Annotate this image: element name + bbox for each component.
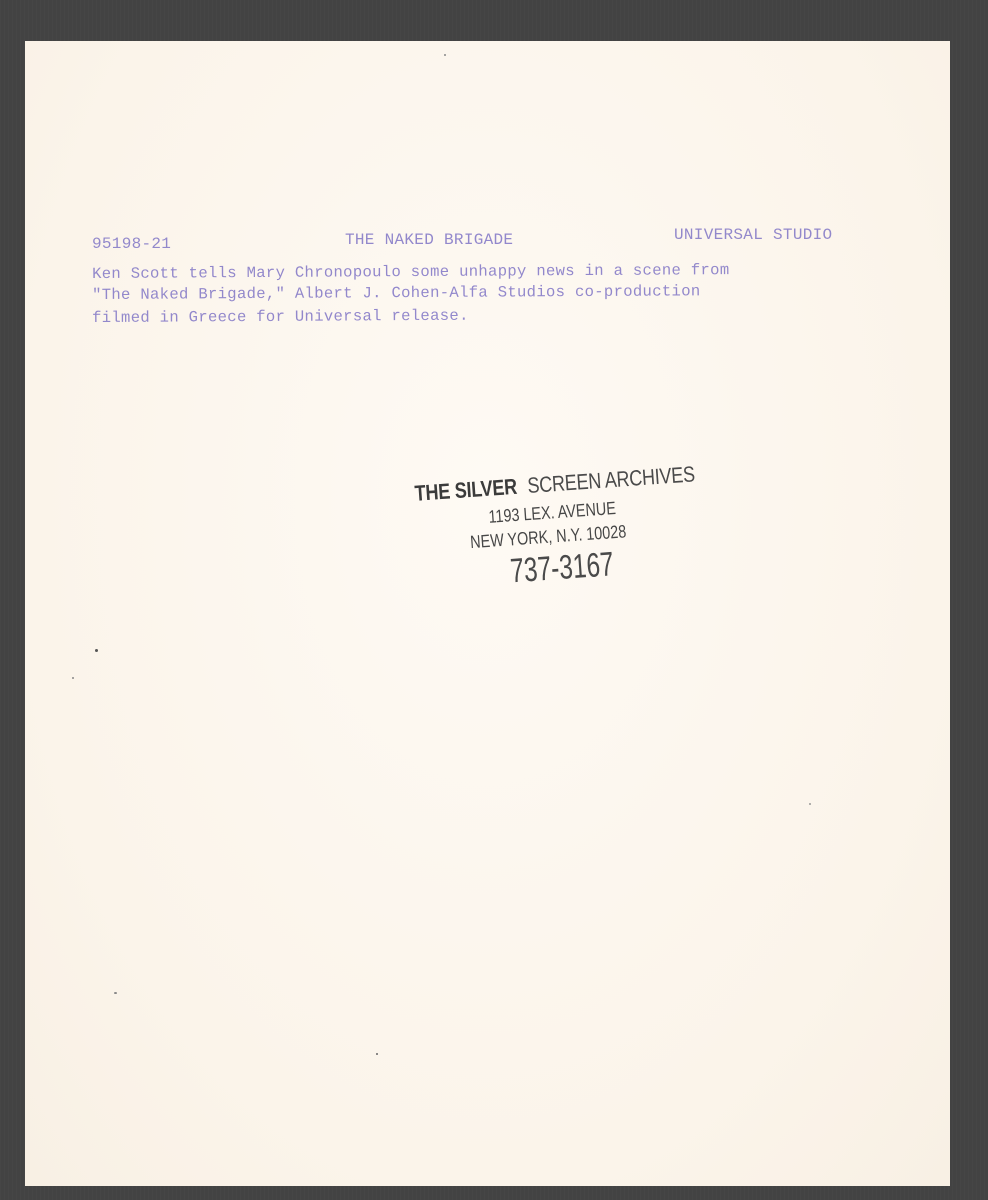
dust-speck [809, 803, 811, 805]
stamp-phone: 737-3167 [509, 547, 615, 588]
dust-speck [444, 54, 446, 56]
stamp-archive-name: THE SILVERSCREEN ARCHIVES [414, 461, 732, 505]
studio-name: UNIVERSAL STUDIO [674, 226, 832, 244]
still-number: 95198-21 [92, 235, 171, 253]
dust-speck [376, 1053, 378, 1055]
caption-line-1: Ken Scott tells Mary Chronopoulo some un… [92, 261, 730, 283]
stamp-address: 1193 LEX. AVENUE [488, 499, 616, 526]
film-title: THE NAKED BRIGADE [345, 231, 513, 249]
stamp-name-bold: THE SILVER [414, 476, 518, 505]
caption-line-3: filmed in Greece for Universal release. [92, 307, 469, 327]
dust-speck [114, 992, 117, 994]
archive-stamp: THE SILVERSCREEN ARCHIVES 1193 LEX. AVEN… [413, 448, 721, 599]
stamp-name-light: SCREEN ARCHIVES [527, 463, 696, 497]
dust-speck [72, 677, 74, 679]
photo-back-paper: 95198-21 THE NAKED BRIGADE UNIVERSAL STU… [25, 41, 950, 1186]
caption-line-2: "The Naked Brigade," Albert J. Cohen-Alf… [92, 282, 701, 304]
dust-speck [95, 649, 98, 652]
